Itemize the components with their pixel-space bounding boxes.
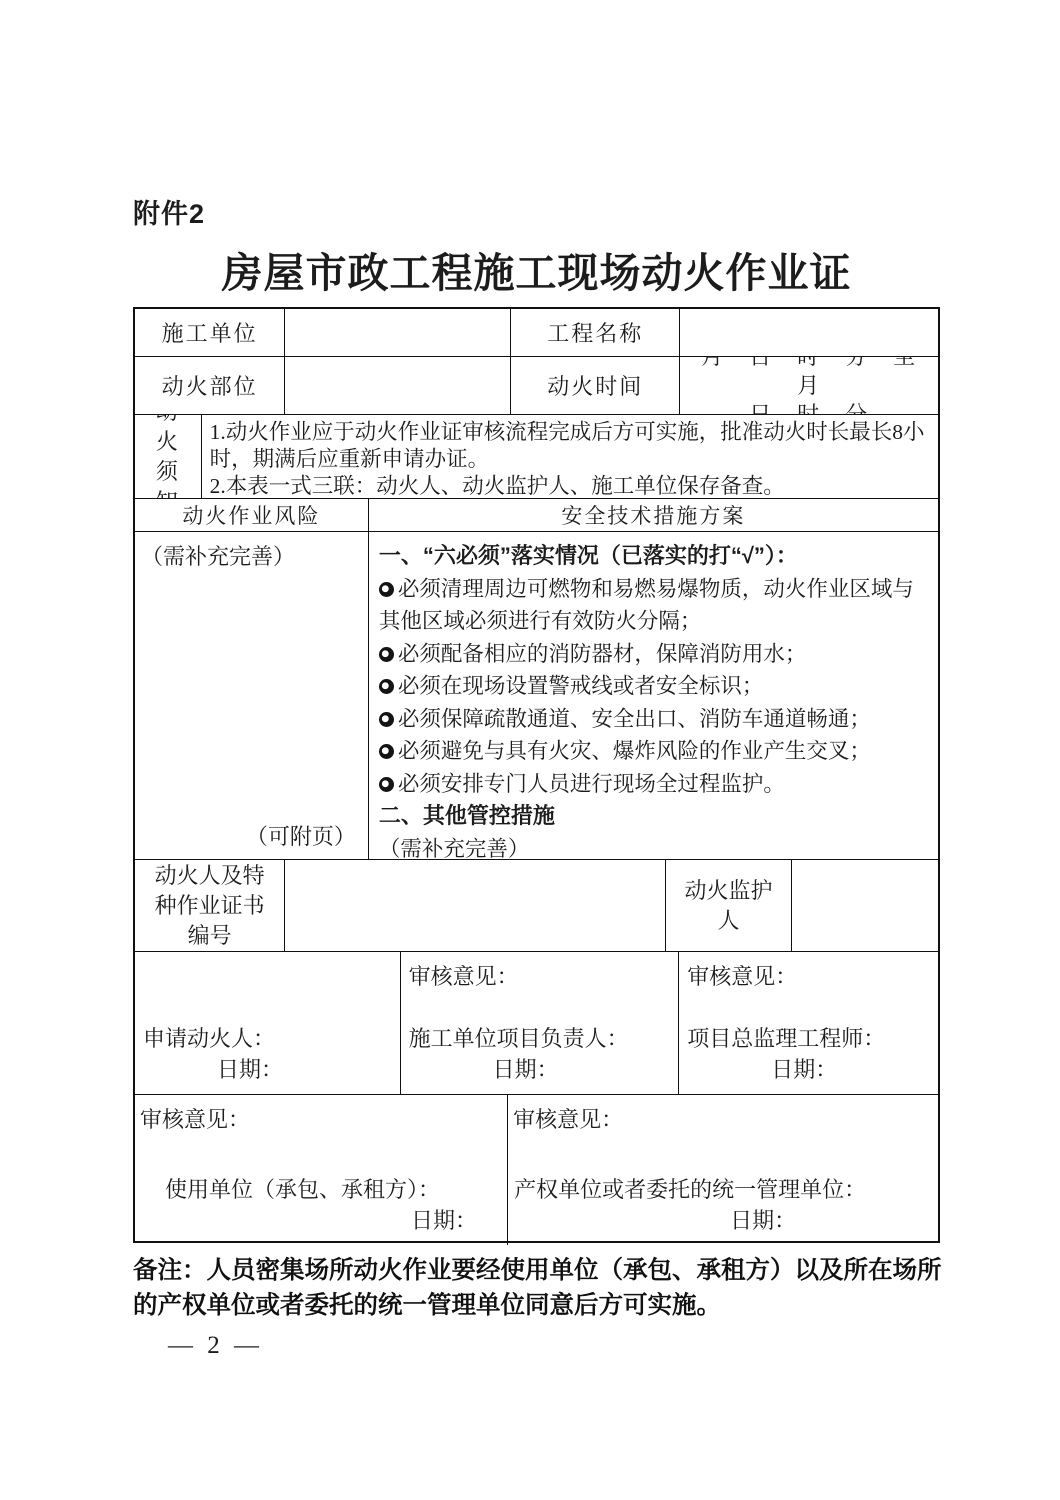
measures-content-cell: 一、“六必须”落实情况（已落实的打“√”）： 必须清理周边可燃物和易燃易爆物质，…	[369, 532, 938, 860]
using-unit-label: 使用单位（承包、承租方）：	[135, 1173, 507, 1204]
measures-header: 安全技术措施方案	[369, 499, 938, 532]
must-item: 必须清理周边可燃物和易燃易爆物质，动火作业区域与其他区域必须进行有效防火分隔；	[379, 573, 928, 638]
table-row: 动火部位 动火时间 月 日 时 分 至 月 日 时 分	[135, 357, 938, 415]
notice-label: 动火须知	[135, 415, 202, 499]
time-line-2: 日 时 分	[688, 400, 930, 415]
hot-work-time-value: 月 日 时 分 至 月 日 时 分	[680, 357, 938, 415]
fire-watcher-value	[792, 860, 938, 952]
construction-unit-value	[285, 309, 511, 357]
supervisor-sign-cell: 审核意见： 项目总监理工程师： 日期：	[679, 952, 938, 1095]
date-label: 日期：	[401, 1053, 679, 1094]
notice-content: 1.动火作业应于动火作业证审核流程完成后方可实施，批准动火时长最长8小时，期满后…	[202, 415, 938, 499]
fire-watcher-label: 动火监护人	[666, 860, 791, 952]
footer-note: 备注：人员密集场所动火作业要经使用单位（承包、承租方）以及所在场所的产权单位或者…	[133, 1253, 945, 1323]
review-opinion-label	[135, 952, 400, 960]
review-opinion-label: 审核意见：	[508, 1095, 938, 1134]
contractor-sign-cell: 审核意见： 施工单位项目负责人： 日期：	[401, 952, 680, 1095]
must-item: 必须避免与具有火灾、爆炸风险的作业产生交叉；	[379, 735, 928, 768]
attachment-label: 附件2	[133, 192, 205, 231]
operator-cert-label: 动火人及特种作业证书编号	[135, 860, 285, 952]
must-item: 必须安排专门人员进行现场全过程监护。	[379, 768, 928, 801]
other-measures-sub: （需补充完善）	[379, 833, 928, 861]
other-measures-title: 二、其他管控措施	[379, 800, 928, 833]
table-row: 申请动火人： 日期： 审核意见： 施工单位项目负责人： 日期： 审核意见： 项目…	[135, 952, 938, 1095]
chief-supervisor-label: 项目总监理工程师：	[679, 1022, 938, 1053]
circle-bullet-icon	[379, 647, 394, 662]
time-line-1: 月 日 时 分 至 月	[688, 357, 930, 400]
circle-bullet-icon	[379, 679, 394, 694]
table-row: 动火作业风险 安全技术措施方案	[135, 499, 938, 532]
table-row: 施工单位 工程名称	[135, 309, 938, 357]
six-musts-title: 一、“六必须”落实情况（已落实的打“√”）：	[379, 540, 928, 573]
table-row: 审核意见： 使用单位（承包、承租方）： 日期： 审核意见： 产权单位或者委托的统…	[135, 1095, 938, 1245]
applicant-sign-cell: 申请动火人： 日期：	[135, 952, 401, 1095]
hot-work-location-label: 动火部位	[135, 357, 285, 415]
review-opinion-label: 审核意见：	[679, 952, 938, 991]
table-row: 动火须知 1.动火作业应于动火作业证审核流程完成后方可实施，批准动火时长最长8小…	[135, 415, 938, 499]
risk-supplement-note: （需补充完善）	[135, 532, 368, 579]
project-name-value	[680, 309, 938, 357]
circle-bullet-icon	[379, 712, 394, 727]
page-number: — 2 —	[168, 1332, 263, 1360]
date-label: 日期：	[135, 1204, 507, 1245]
notice-item-1: 1.动火作业应于动火作业证审核流程完成后方可实施，批准动火时长最长8小时，期满后…	[210, 419, 930, 473]
review-opinion-label: 审核意见：	[401, 952, 679, 991]
hot-work-permit-table: 施工单位 工程名称 动火部位 动火时间 月 日 时 分 至 月 日 时 分 动火…	[133, 307, 940, 1243]
property-unit-label: 产权单位或者委托的统一管理单位：	[508, 1173, 938, 1204]
project-name-label: 工程名称	[511, 309, 680, 357]
using-unit-sign-cell: 审核意见： 使用单位（承包、承租方）： 日期：	[135, 1095, 508, 1245]
risk-attach-note: （可附页）	[246, 820, 356, 851]
circle-bullet-icon	[379, 744, 394, 759]
circle-bullet-icon	[379, 582, 394, 597]
applicant-label: 申请动火人：	[135, 1022, 400, 1053]
date-label: 日期：	[679, 1053, 938, 1094]
risk-header: 动火作业风险	[135, 499, 369, 532]
date-label: 日期：	[508, 1204, 938, 1245]
construction-unit-label: 施工单位	[135, 309, 285, 357]
table-row: 动火人及特种作业证书编号 动火监护人	[135, 860, 938, 952]
must-item: 必须保障疏散通道、安全出口、消防车通道畅通；	[379, 703, 928, 736]
table-row: （需补充完善） （可附页） 一、“六必须”落实情况（已落实的打“√”）： 必须清…	[135, 532, 938, 860]
document-page: 附件2 房屋市政工程施工现场动火作业证 施工单位 工程名称 动火部位 动火时间 …	[0, 0, 1060, 1500]
must-item: 必须配备相应的消防器材，保障消防用水；	[379, 638, 928, 671]
review-opinion-label: 审核意见：	[135, 1095, 507, 1134]
date-label: 日期：	[135, 1053, 400, 1094]
circle-bullet-icon	[379, 777, 394, 792]
risk-content-cell: （需补充完善） （可附页）	[135, 532, 369, 860]
notice-item-2: 2.本表一式三联：动火人、动火监护人、施工单位保存备查。	[210, 473, 930, 499]
hot-work-time-label: 动火时间	[511, 357, 680, 415]
page-title: 房屋市政工程施工现场动火作业证	[133, 240, 940, 299]
contractor-manager-label: 施工单位项目负责人：	[401, 1022, 679, 1053]
property-unit-sign-cell: 审核意见： 产权单位或者委托的统一管理单位： 日期：	[508, 1095, 938, 1245]
operator-cert-value	[285, 860, 666, 952]
must-item: 必须在现场设置警戒线或者安全标识；	[379, 670, 928, 703]
hot-work-location-value	[285, 357, 511, 415]
